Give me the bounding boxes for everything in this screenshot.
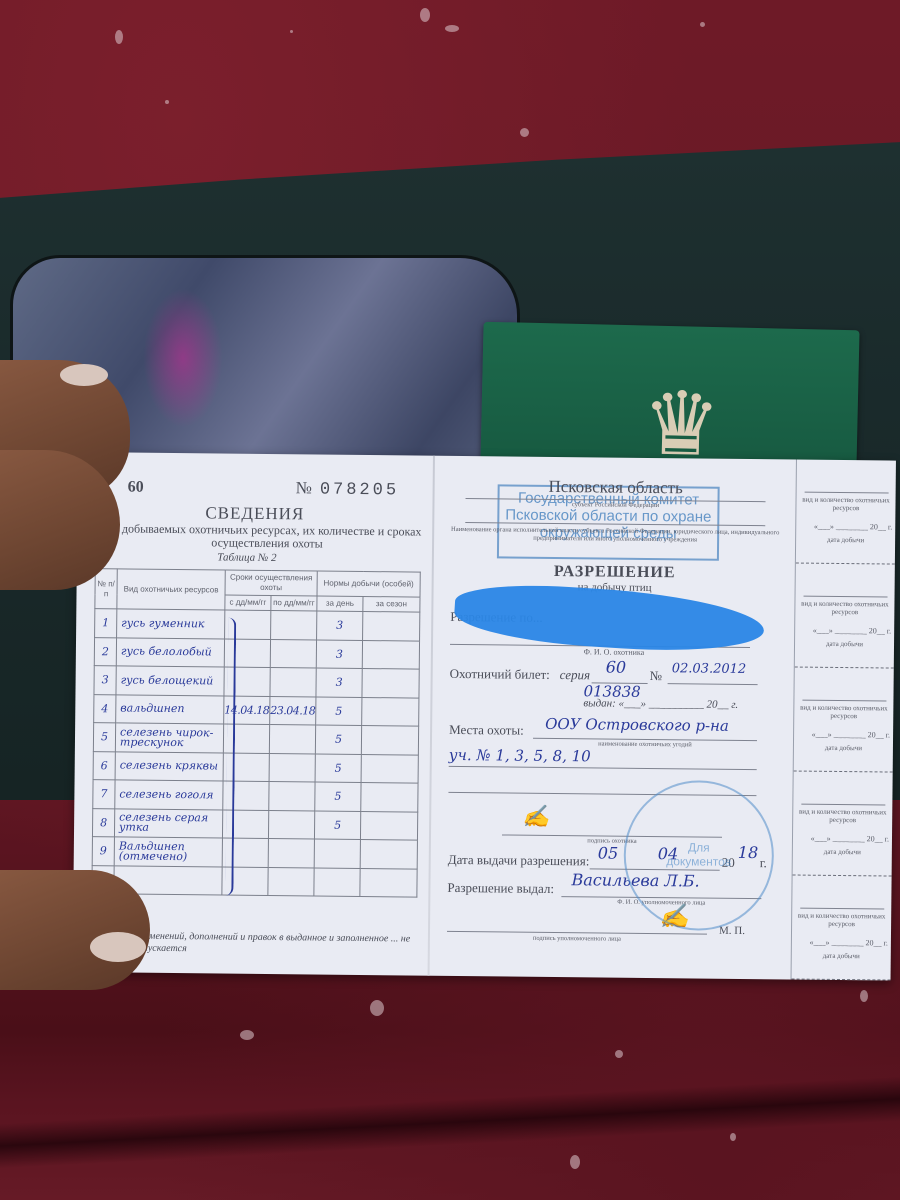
- hunting-resources-table: № п/п Вид охотничьих ресурсов Сроки осущ…: [91, 568, 420, 897]
- row-per-season: [361, 754, 418, 783]
- row-per-day: 3: [317, 611, 363, 640]
- row-species: селезень гоголя: [115, 780, 223, 810]
- row-species: селезень чирок-трескунок: [115, 723, 223, 753]
- stub-caption: вид и количество охотничьих ресурсов: [792, 912, 891, 929]
- stub-date-caption: дата добычи: [792, 952, 891, 961]
- stub: вид и количество охотничьих ресурсов«___…: [793, 772, 893, 877]
- issue-day: 05: [598, 843, 619, 862]
- ticket-series: 60: [606, 658, 627, 677]
- stub-caption: вид и количество охотничьих ресурсов: [793, 808, 892, 825]
- place-value: ООУ Островского р-на: [545, 715, 729, 735]
- table-row: 7селезень гоголя5: [93, 780, 418, 812]
- hunter-signature: ✍: [522, 805, 550, 830]
- row-to: [270, 639, 316, 668]
- row-to: [268, 867, 314, 896]
- row-no: 8: [92, 808, 114, 837]
- row-per-day: 5: [315, 754, 361, 783]
- row-to: [268, 810, 314, 839]
- col-per-day: за день: [317, 596, 363, 611]
- row-per-season: [362, 668, 419, 697]
- row-per-day: [314, 839, 360, 868]
- stub-date-line: «___» ________ 20__ г.: [799, 834, 889, 844]
- row-to: [269, 753, 315, 782]
- stub-date-caption: дата добычи: [793, 848, 892, 857]
- row-no: 7: [93, 780, 115, 809]
- place-label: Места охоты:: [449, 722, 524, 739]
- hunting-ticket-booklet: ♛: [480, 322, 859, 470]
- row-to: [271, 611, 317, 640]
- row-per-season: [363, 611, 420, 640]
- official-signature-caption: подпись уполномоченного лица: [447, 934, 707, 944]
- ticket-label: Охотничий билет:: [450, 666, 550, 683]
- row-to: [270, 668, 316, 697]
- row-per-season: [361, 782, 418, 811]
- row-no: 9: [92, 837, 114, 866]
- table-row: 5селезень чирок-трескунок5: [93, 723, 418, 755]
- row-no: 2: [94, 637, 116, 666]
- row-species: селезень серая утка: [114, 808, 222, 838]
- table-row: [92, 865, 417, 897]
- row-species: селезень кряквы: [115, 751, 223, 781]
- table-row: 2гусь белолобый3: [94, 637, 419, 669]
- col-period-from: с дд/мм/гг: [225, 595, 271, 610]
- col-per-season: за сезон: [363, 596, 420, 612]
- stub-date-caption: дата добычи: [795, 640, 894, 649]
- row-per-season: [360, 868, 417, 897]
- stub: вид и количество охотничьих ресурсов«___…: [792, 876, 892, 981]
- row-no: 1: [95, 609, 117, 638]
- region-name: Псковская область: [436, 476, 796, 500]
- row-per-day: 5: [315, 782, 361, 811]
- hand-finger-bottom: [0, 870, 150, 990]
- row-per-day: 3: [316, 640, 362, 669]
- row-no: 4: [94, 694, 116, 723]
- hunting-permit-document: 60 №078205 СВЕДЕНИЯ о добываемых охотнич…: [73, 452, 896, 981]
- row-species: Вальдшнеп (отмечено): [114, 837, 222, 867]
- row-no: 3: [94, 666, 116, 695]
- round-official-stamp: Длядокументов: [623, 780, 775, 932]
- table-row: 9Вальдшнеп (отмечено): [92, 837, 417, 869]
- col-species: Вид охотничьих ресурсов: [117, 569, 225, 610]
- row-to: 23.04.18: [270, 696, 316, 725]
- col-norms: Нормы добычи (особей): [317, 571, 420, 597]
- stub: вид и количество охотничьих ресурсов«___…: [796, 460, 896, 565]
- stub-date-line: «___» ________ 20__ г.: [801, 626, 891, 636]
- col-period: Сроки осуществления охоты: [225, 570, 317, 596]
- row-species: гусь белолобый: [116, 637, 224, 667]
- row-no: 5: [93, 723, 115, 752]
- row-per-day: 5: [316, 697, 362, 726]
- form-series: 60: [128, 479, 144, 497]
- issued-line: выдан: «___» __________ 20__ г.: [583, 697, 738, 711]
- stub-caption: вид и количество охотничьих ресурсов: [794, 704, 893, 721]
- row-per-season: [361, 725, 418, 754]
- row-per-day: 3: [316, 668, 362, 697]
- stub-date-line: «___» ________ 20__ г.: [802, 522, 892, 532]
- table-row: 1гусь гуменник3: [95, 609, 420, 641]
- table-row: 4вальдшнеп14.04.1823.04.185: [94, 694, 419, 726]
- row-per-season: [362, 697, 419, 726]
- table-label: Таблица № 2: [77, 550, 417, 566]
- stub-caption: вид и количество охотничьих ресурсов: [796, 496, 895, 513]
- stub-date-line: «___» ________ 20__ г.: [798, 938, 888, 948]
- row-per-day: [314, 867, 360, 896]
- footer-note: ...изменений, дополнений и правок в выда…: [133, 931, 423, 958]
- stub-date-caption: дата добычи: [796, 536, 895, 545]
- issue-date-label: Дата выдачи разрешения:: [448, 852, 590, 869]
- ticket-issued-date: 02.03.2012: [672, 661, 747, 677]
- row-per-season: [360, 811, 417, 840]
- right-page-razreshenie: Государственный комитет Псковской област…: [431, 456, 796, 980]
- row-no: 6: [93, 751, 115, 780]
- row-to: [269, 782, 315, 811]
- table-row: 3гусь белощекий3: [94, 666, 419, 698]
- row-species: вальдшнеп: [116, 694, 224, 724]
- issued-by-label: Разрешение выдал:: [447, 880, 554, 897]
- stub: вид и количество охотничьих ресурсов«___…: [794, 668, 894, 773]
- table-row: 8селезень серая утка5: [92, 808, 417, 840]
- row-species: гусь гуменник: [117, 609, 225, 639]
- form-number: №078205: [296, 478, 400, 500]
- stub-caption: вид и количество охотничьих ресурсов: [795, 600, 894, 617]
- row-per-day: 5: [314, 810, 360, 839]
- stub: вид и количество охотничьих ресурсов«___…: [795, 564, 895, 669]
- row-to: [268, 839, 314, 868]
- place-value-2: уч. № 1, 3, 5, 8, 10: [449, 746, 591, 765]
- stub-date-caption: дата добычи: [794, 744, 893, 753]
- tear-off-stubs: вид и количество охотничьих ресурсов«___…: [792, 460, 896, 981]
- row-per-season: [360, 839, 417, 868]
- left-subtitle: о добываемых охотничьих ресурсах, их кол…: [97, 522, 437, 552]
- row-per-season: [362, 640, 419, 669]
- table-row: 6селезень кряквы5: [93, 751, 418, 783]
- col-no: № п/п: [95, 569, 117, 609]
- row-to: [269, 725, 315, 754]
- row-species: гусь белощекий: [116, 666, 224, 696]
- col-period-to: по дд/мм/гг: [271, 596, 317, 611]
- stub-date-line: «___» ________ 20__ г.: [800, 730, 890, 740]
- row-per-day: 5: [315, 725, 361, 754]
